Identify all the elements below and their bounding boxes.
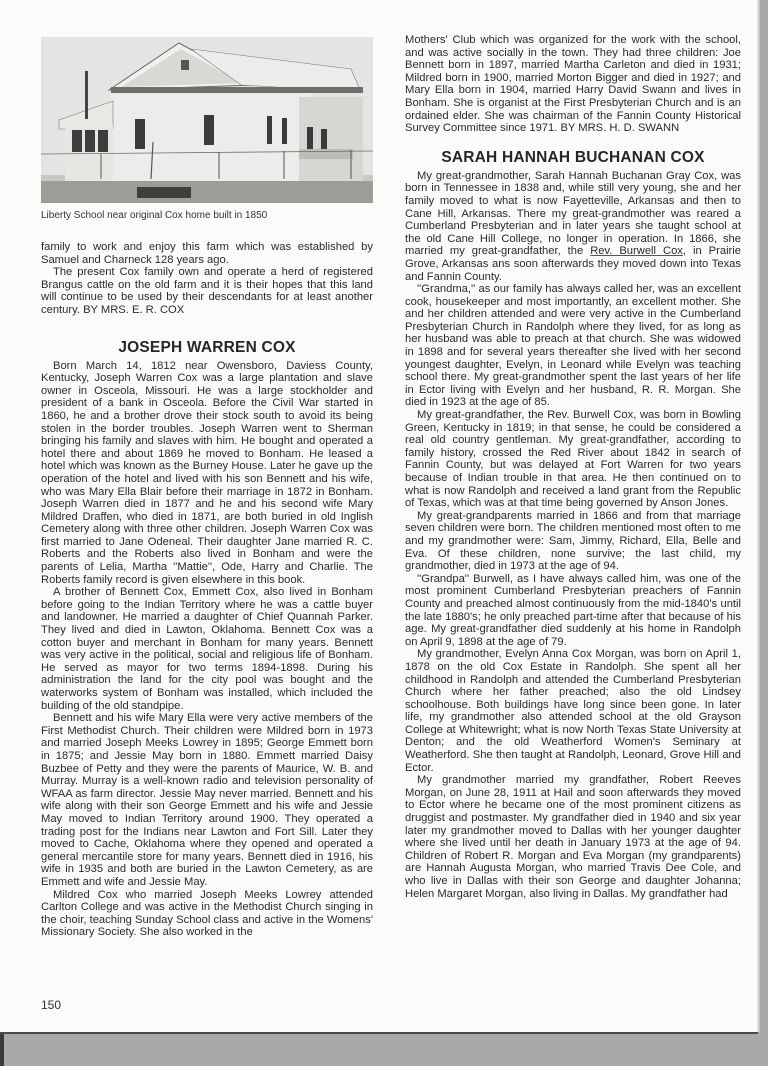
paragraph-byline-cox: The present Cox family own and operate a… — [41, 266, 373, 316]
paragraph: My grandmother, Evelyn Anna Cox Morgan, … — [405, 648, 741, 774]
liberty-school-photo — [41, 37, 373, 203]
paragraph: Mildred Cox who married Joseph Meeks Low… — [41, 889, 373, 939]
text-run: My great-grandmother, Sarah Hannah Bucha… — [405, 170, 741, 258]
section-title-joseph-warren-cox: JOSEPH WARREN COX — [41, 339, 373, 357]
paragraph: My great-grandfather, the Rev. Burwell C… — [405, 409, 741, 510]
paragraph-byline-swann: Mothers' Club which was organized for th… — [405, 34, 741, 135]
paragraph: My great-grandparents married in 1866 an… — [405, 510, 741, 573]
photo-caption: Liberty School near original Cox home bu… — [41, 210, 373, 221]
paragraph: My grandmother married my grandfather, R… — [405, 774, 741, 900]
section-title-sarah-hannah-buchanan-cox: SARAH HANNAH BUCHANAN COX — [405, 149, 741, 167]
left-column: family to work and enjoy this farm which… — [41, 241, 373, 939]
paragraph: Born March 14, 1812 near Owensboro, Davi… — [41, 360, 373, 587]
paragraph: A brother of Bennett Cox, Emmett Cox, al… — [41, 586, 373, 712]
paragraph: ''Grandpa'' Burwell, as I have always ca… — [405, 573, 741, 649]
right-column: Mothers' Club which was organized for th… — [405, 34, 741, 900]
book-page: Liberty School near original Cox home bu… — [0, 0, 758, 1034]
scan-edge — [0, 1034, 4, 1066]
paragraph: Bennett and his wife Mary Ella were very… — [41, 712, 373, 888]
paragraph: family to work and enjoy this farm which… — [41, 241, 373, 266]
page-number: 150 — [41, 998, 61, 1012]
house-photo-illustration — [41, 37, 373, 203]
underlined-name: Rev. Burwell Cox — [590, 245, 683, 257]
paragraph: ''Grandma,'' as our family has always ca… — [405, 283, 741, 409]
paragraph: My great-grandmother, Sarah Hannah Bucha… — [405, 170, 741, 283]
